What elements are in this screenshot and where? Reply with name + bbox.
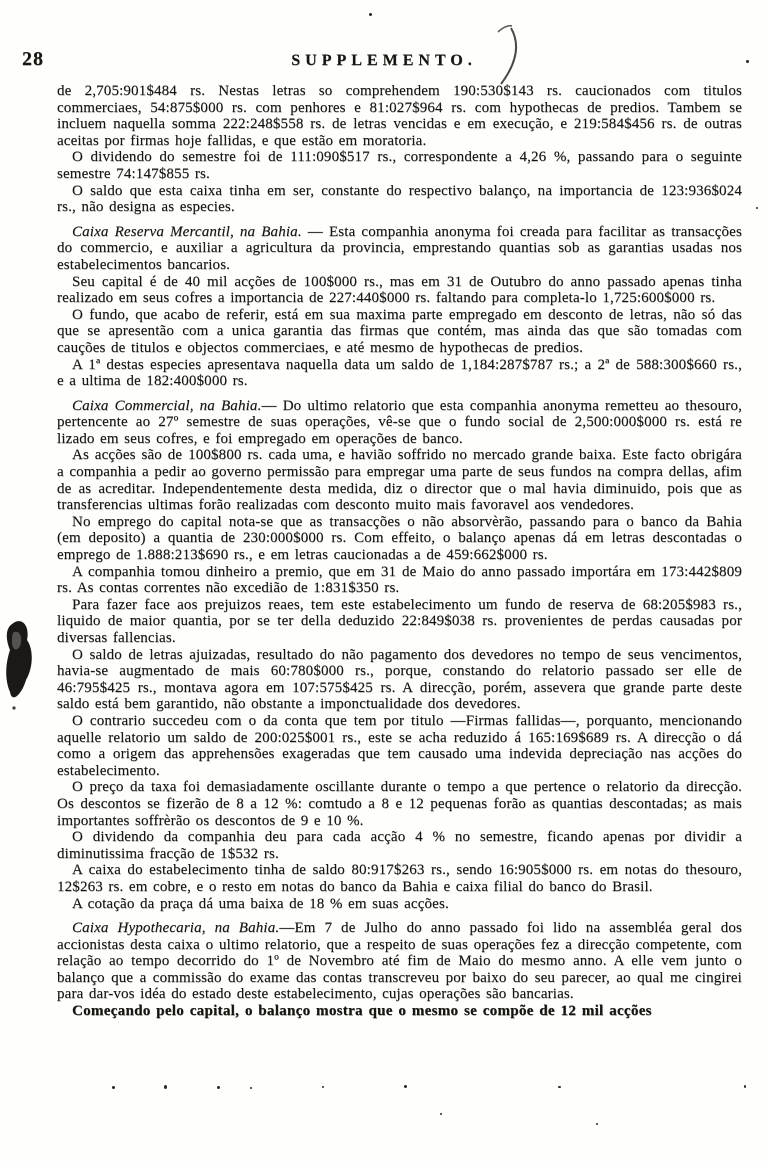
ink-speck bbox=[746, 60, 749, 63]
ink-blot-artifact bbox=[2, 616, 40, 712]
paragraph: O dividendo do semestre foi de 111:090$5… bbox=[57, 149, 742, 182]
section-paragraph: Caixa Hypothecaria, na Bahia.—Em 7 de Ju… bbox=[57, 920, 742, 1003]
paragraph: A caixa do estabelecimento tinha de sald… bbox=[57, 862, 742, 895]
paragraph: O dividendo da companhia deu para cada a… bbox=[57, 829, 742, 862]
paragraph: As acções são de 100$800 rs. cada uma, e… bbox=[57, 447, 742, 513]
section-paragraph: Caixa Reserva Mercantil, na Bahia. — Est… bbox=[57, 224, 742, 274]
ink-speck bbox=[164, 1085, 167, 1089]
paragraph: O saldo que esta caixa tinha em ser, con… bbox=[57, 183, 742, 216]
running-title: SUPPLEMENTO. bbox=[0, 52, 768, 70]
paragraph: O preço da taxa foi demasiadamente oscil… bbox=[57, 779, 742, 829]
section-title: Caixa Reserva Mercantil, na Bahia. bbox=[72, 224, 302, 240]
ink-speck bbox=[217, 1086, 220, 1089]
paragraph: O contrario succedeu com o da conta que … bbox=[57, 713, 742, 779]
ink-speck bbox=[322, 1086, 324, 1088]
paragraph: Começando pelo capital, o balanço mostra… bbox=[57, 1003, 742, 1020]
paragraph: de 2,705:901$484 rs. Nestas letras so co… bbox=[57, 83, 742, 149]
paragraph: No emprego do capital nota-se que as tra… bbox=[57, 514, 742, 564]
section-title: Caixa Commercial, na Bahia. bbox=[72, 398, 261, 414]
ink-speck bbox=[756, 207, 758, 209]
ink-speck bbox=[369, 13, 372, 16]
text-block: de 2,705:901$484 rs. Nestas letras so co… bbox=[57, 83, 742, 1020]
paragraph: A companhia tomou dinheiro a premio, que… bbox=[57, 564, 742, 597]
ink-speck bbox=[596, 1123, 598, 1125]
paragraph: A cotação da praça dá uma baixa de 18 % … bbox=[57, 896, 742, 913]
paragraph: O saldo de letras ajuizadas, resultado d… bbox=[57, 647, 742, 713]
section-title: Caixa Hypothecaria, na Bahia. bbox=[72, 920, 279, 936]
paragraph: A 1ª destas especies apresentava naquell… bbox=[57, 357, 742, 390]
ink-speck bbox=[112, 1086, 115, 1089]
ink-speck bbox=[558, 1086, 561, 1088]
section-paragraph: Caixa Commercial, na Bahia.— Do ultimo r… bbox=[57, 398, 742, 448]
scanned-document-page: 28 SUPPLEMENTO. de 2,705:901$484 rs. Nes… bbox=[0, 0, 768, 1165]
ink-speck bbox=[744, 1085, 746, 1088]
ink-speck bbox=[404, 1085, 407, 1088]
paragraph: Seu capital é de 40 mil acções de 100$00… bbox=[57, 274, 742, 307]
ink-speck bbox=[440, 1113, 442, 1115]
ink-speck bbox=[250, 1087, 252, 1089]
paragraph: Para fazer face aos prejuizos reaes, tem… bbox=[57, 597, 742, 647]
paragraph: O fundo, que acabo de referir, está em s… bbox=[57, 307, 742, 357]
